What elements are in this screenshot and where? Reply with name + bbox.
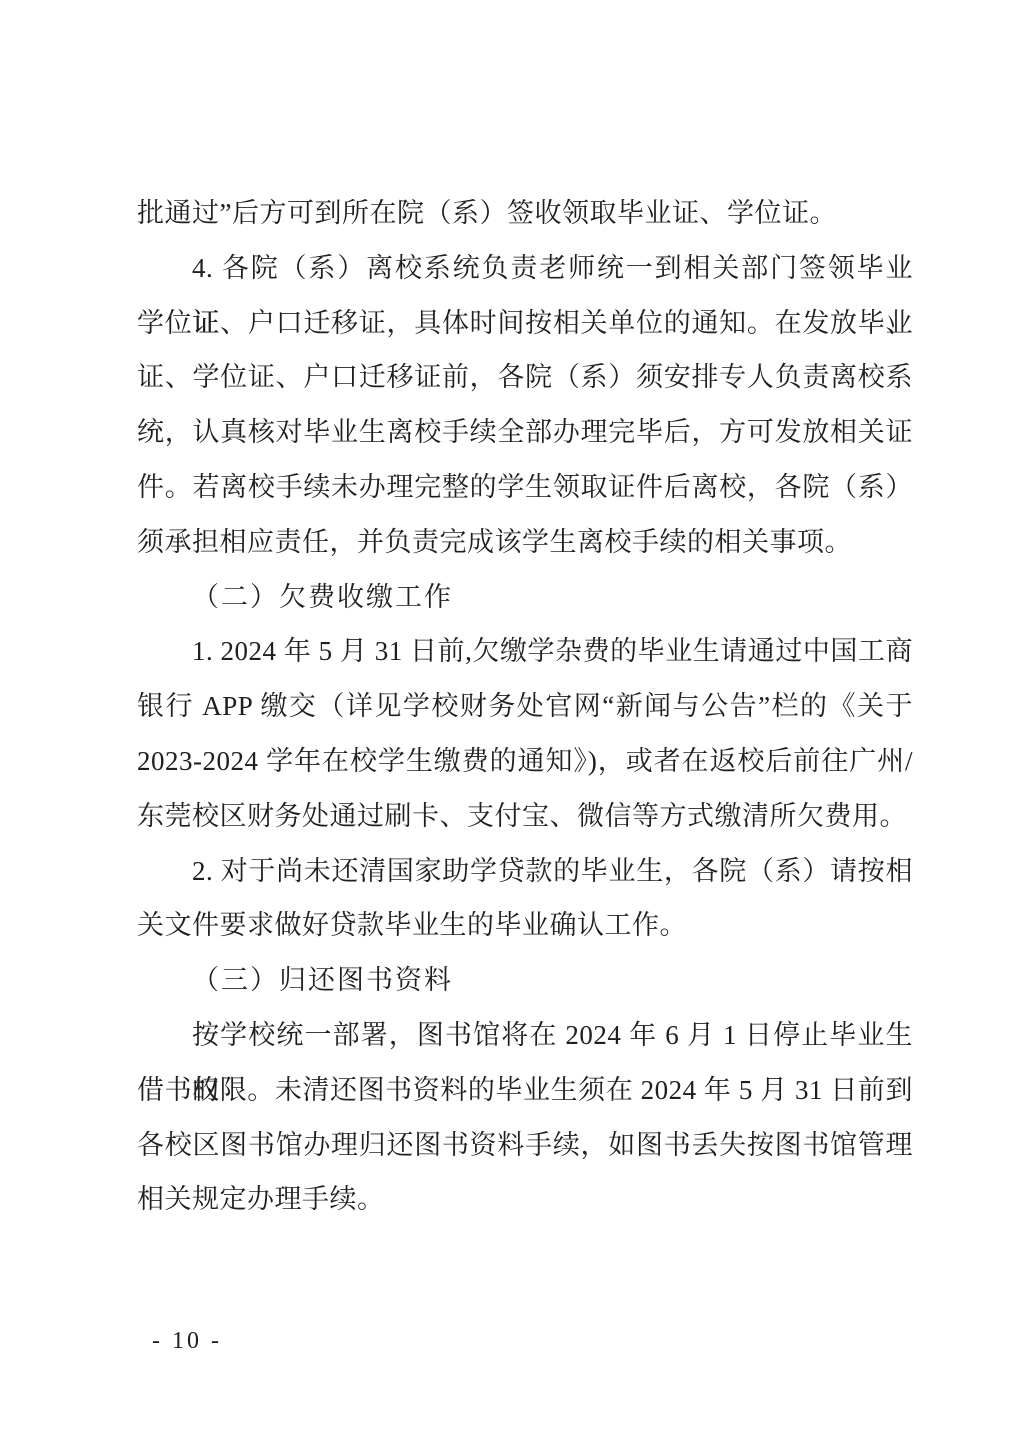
text-line: 东莞校区财务处通过刷卡、支付宝、微信等方式缴清所欠费用。 [137, 789, 913, 844]
text-line: 须承担相应责任，并负责完成该学生离校手续的相关事项。 [137, 515, 913, 570]
text-line: 借书权限。未清还图书资料的毕业生须在 2024 年 5 月 31 日前到 [137, 1063, 913, 1118]
page-number: - 10 - [152, 1326, 222, 1356]
text-line: 证、学位证、户口迁移证前，各院（系）须安排专人负责离校系 [137, 350, 913, 405]
text-line: 1. 2024 年 5 月 31 日前,欠缴学杂费的毕业生请通过中国工商 [137, 624, 913, 679]
text-line: 银行 APP 缴交（详见学校财务处官网“新闻与公告”栏的《关于 [137, 679, 913, 734]
document-page: 批通过”后方可到所在院（系）签收领取毕业证、学位证。4. 各院（系）离校系统负责… [0, 0, 1024, 1448]
text-line: 学位证、户口迁移证，具体时间按相关单位的通知。在发放毕业 [137, 296, 913, 351]
text-line: 2. 对于尚未还清国家助学贷款的毕业生，各院（系）请按相 [137, 844, 913, 899]
text-line: 按学校统一部署，图书馆将在 2024 年 6 月 1 日停止毕业生的 [137, 1008, 913, 1063]
text-line: 各校区图书馆办理归还图书资料手续，如图书丢失按图书馆管理 [137, 1118, 913, 1173]
text-line: 统，认真核对毕业生离校手续全部办理完毕后，方可发放相关证 [137, 405, 913, 460]
text-line: 2023-2024 学年在校学生缴费的通知》)，或者在返校后前往广州/ [137, 734, 913, 789]
text-line: 4. 各院（系）离校系统负责老师统一到相关部门签领毕业证、 [137, 241, 913, 296]
section-heading: （三）归还图书资料 [137, 953, 913, 1008]
text-line: 批通过”后方可到所在院（系）签收领取毕业证、学位证。 [137, 186, 913, 241]
section-heading: （二）欠费收缴工作 [137, 570, 913, 625]
text-line: 关文件要求做好贷款毕业生的毕业确认工作。 [137, 898, 913, 953]
document-body: 批通过”后方可到所在院（系）签收领取毕业证、学位证。4. 各院（系）离校系统负责… [137, 186, 913, 1227]
text-line: 相关规定办理手续。 [137, 1172, 913, 1227]
text-line: 件。若离校手续未办理完整的学生领取证件后离校，各院（系） [137, 460, 913, 515]
